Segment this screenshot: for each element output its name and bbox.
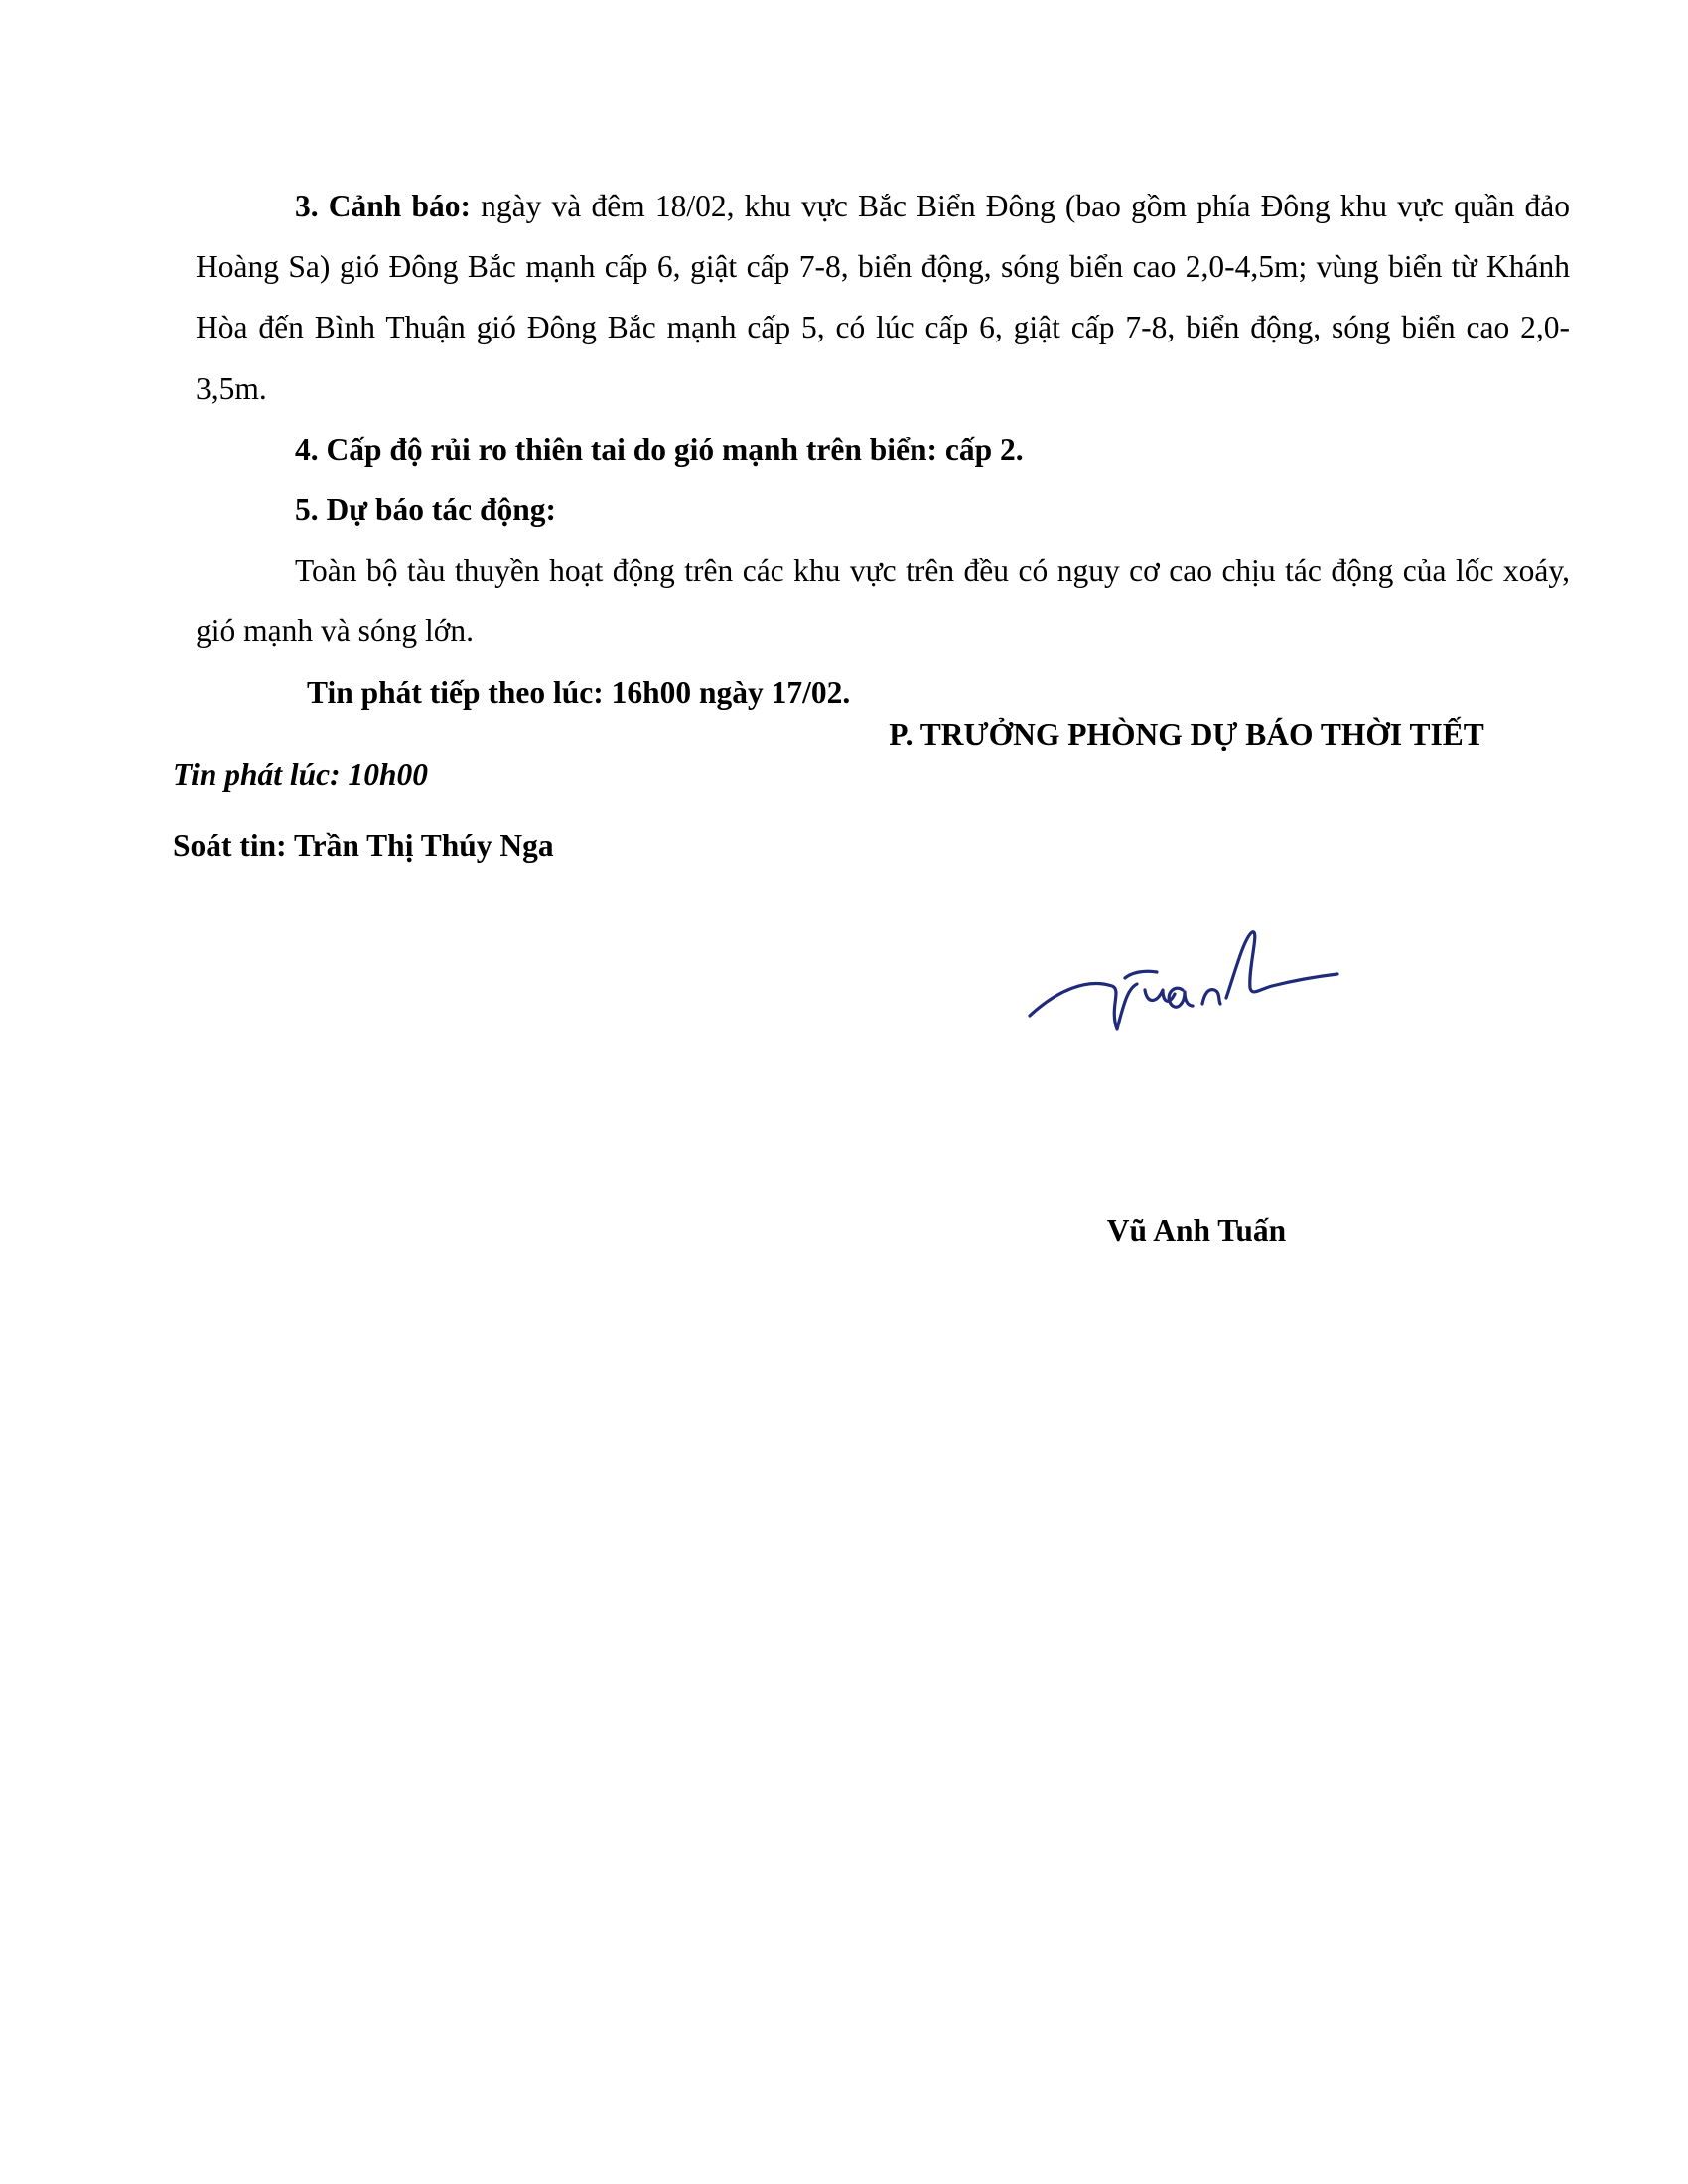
signature-icon [1018, 898, 1355, 1057]
bulletin-body: 3. Cảnh báo: ngày và đêm 18/02, khu vực … [196, 176, 1570, 723]
signer-title: P. TRƯỞNG PHÒNG DỰ BÁO THỜI TIẾT [794, 717, 1579, 752]
next-bulletin-time: Tin phát tiếp theo lúc: 16h00 ngày 17/02… [196, 662, 1570, 723]
section-5-heading: 5. Dự báo tác động: [196, 479, 1570, 540]
section-3-warning: 3. Cảnh báo: ngày và đêm 18/02, khu vực … [196, 176, 1570, 419]
signer-name: Vũ Anh Tuấn [993, 1213, 1400, 1249]
section-5-text: Toàn bộ tàu thuyền hoạt động trên các kh… [196, 540, 1570, 661]
section-4-risk-level: 4. Cấp độ rủi ro thiên tai do gió mạnh t… [196, 419, 1570, 479]
issued-at: Tin phát lúc: 10h00 [173, 740, 554, 810]
section-3-label: 3. Cảnh báo: [295, 189, 471, 223]
issue-info: Tin phát lúc: 10h00 Soát tin: Trần Thị T… [173, 740, 554, 881]
reviewed-by: Soát tin: Trần Thị Thúy Nga [173, 810, 554, 881]
